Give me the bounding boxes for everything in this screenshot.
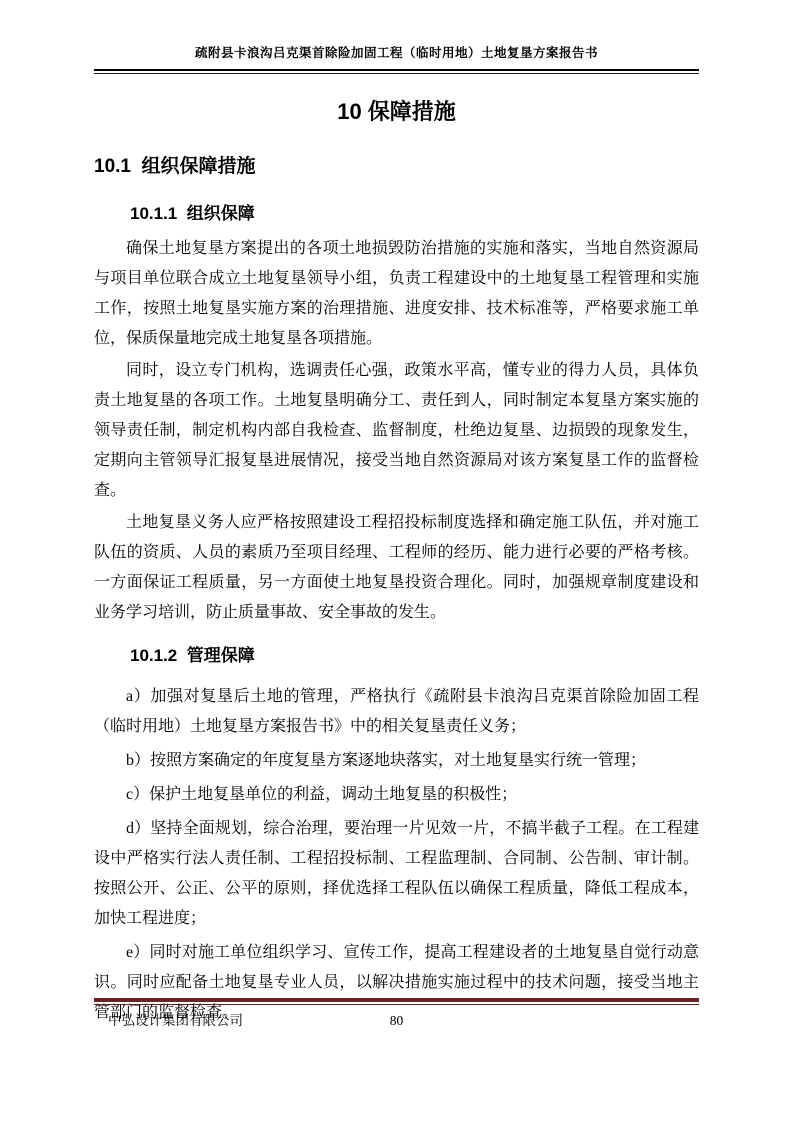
subsection-heading-10-1-2: 10.1.2 管理保障: [130, 644, 699, 668]
document-page: 疏附县卡浪沟吕克渠首除险加固工程（临时用地）土地复垦方案报告书 10 保障措施 …: [0, 0, 793, 1122]
subsection-heading-10-1-1: 10.1.1 组织保障: [130, 202, 699, 226]
header-document-title: 疏附县卡浪沟吕克渠首除险加固工程（临时用地）土地复垦方案报告书: [94, 45, 699, 61]
paragraph: 确保土地复垦方案提出的各项土地损毁防治措施的实施和落实，当地自然资源局与项目单位…: [94, 234, 699, 354]
footer-row: 中弘设计集团有限公司 80: [94, 1011, 699, 1031]
footer-page-number: 80: [94, 1011, 699, 1031]
footer-rule: [94, 998, 699, 1005]
page-footer: 中弘设计集团有限公司 80: [94, 998, 699, 1031]
list-item-c: c）保护土地复垦单位的利益，调动土地复垦的积极性；: [94, 780, 699, 810]
paragraph: 土地复垦义务人应严格按照建设工程招投标制度选择和确定施工队伍，并对施工队伍的资质…: [94, 508, 699, 628]
chapter-title: 10 保障措施: [94, 96, 699, 128]
subsection-10-1-1-body: 确保土地复垦方案提出的各项土地损毁防治措施的实施和落实，当地自然资源局与项目单位…: [94, 234, 699, 628]
paragraph: 同时，设立专门机构，选调责任心强，政策水平高，懂专业的得力人员，具体负责土地复垦…: [94, 356, 699, 506]
subsection-10-1-2-body: a）加强对复垦后土地的管理，严格执行《疏附县卡浪沟吕克渠首除险加固工程（临时用地…: [94, 682, 699, 1028]
list-item-d: d）坚持全面规划，综合治理，要治理一片见效一片，不搞半截子工程。在工程建设中严格…: [94, 814, 699, 934]
header-rule: [94, 69, 699, 74]
page-header: 疏附县卡浪沟吕克渠首除险加固工程（临时用地）土地复垦方案报告书: [94, 0, 699, 74]
section-heading-10-1: 10.1 组织保障措施: [94, 154, 699, 180]
list-item-a: a）加强对复垦后土地的管理，严格执行《疏附县卡浪沟吕克渠首除险加固工程（临时用地…: [94, 682, 699, 742]
list-item-b: b）按照方案确定的年度复垦方案逐地块落实，对土地复垦实行统一管理；: [94, 746, 699, 776]
